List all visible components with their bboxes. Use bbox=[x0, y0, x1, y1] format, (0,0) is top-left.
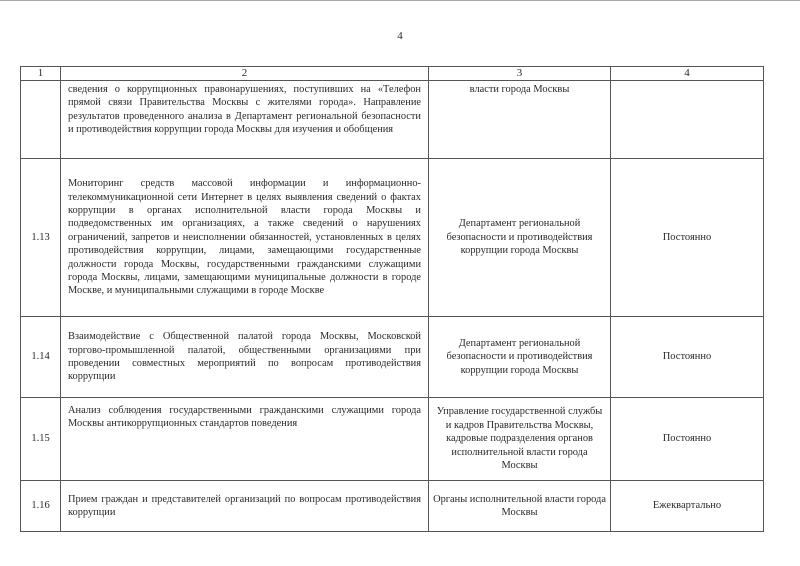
table-row: сведения о коррупционных правонарушениях… bbox=[21, 81, 764, 159]
row-number: 1.14 bbox=[21, 317, 61, 398]
row-description: Мониторинг средств массовой информации и… bbox=[61, 159, 429, 317]
row-responsible: Департамент региональной безопасности и … bbox=[429, 317, 611, 398]
table-row: 1.13 Мониторинг средств массовой информа… bbox=[21, 159, 764, 317]
page-number: 4 bbox=[0, 30, 800, 42]
row-description: Взаимодействие с Общественной палатой го… bbox=[61, 317, 429, 398]
row-responsible: власти города Москвы bbox=[429, 81, 611, 159]
row-term: Постоянно bbox=[611, 317, 764, 398]
table-header-row: 1 2 3 4 bbox=[21, 67, 764, 81]
row-number: 1.15 bbox=[21, 398, 61, 481]
header-col-4: 4 bbox=[611, 67, 764, 81]
row-term bbox=[611, 81, 764, 159]
header-col-1: 1 bbox=[21, 67, 61, 81]
row-description: Прием граждан и представителей организац… bbox=[61, 481, 429, 532]
row-term: Постоянно bbox=[611, 398, 764, 481]
header-col-3: 3 bbox=[429, 67, 611, 81]
row-number: 1.13 bbox=[21, 159, 61, 317]
table-row: 1.16 Прием граждан и представителей орга… bbox=[21, 481, 764, 532]
row-term: Постоянно bbox=[611, 159, 764, 317]
row-number bbox=[21, 81, 61, 159]
table-row: 1.14 Взаимодействие с Общественной палат… bbox=[21, 317, 764, 398]
row-number: 1.16 bbox=[21, 481, 61, 532]
row-term: Ежеквартально bbox=[611, 481, 764, 532]
scan-edge-line bbox=[0, 0, 800, 1]
row-responsible: Органы исполнительной власти города Моск… bbox=[429, 481, 611, 532]
row-description: сведения о коррупционных правонарушениях… bbox=[61, 81, 429, 159]
header-col-2: 2 bbox=[61, 67, 429, 81]
row-description: Анализ соблюдения государственными гражд… bbox=[61, 398, 429, 481]
measures-table: 1 2 3 4 сведения о коррупционных правона… bbox=[20, 66, 764, 532]
row-responsible: Департамент региональной безопасности и … bbox=[429, 159, 611, 317]
row-responsible: Управление государственной службы и кадр… bbox=[429, 398, 611, 481]
table-row: 1.15 Анализ соблюдения государственными … bbox=[21, 398, 764, 481]
